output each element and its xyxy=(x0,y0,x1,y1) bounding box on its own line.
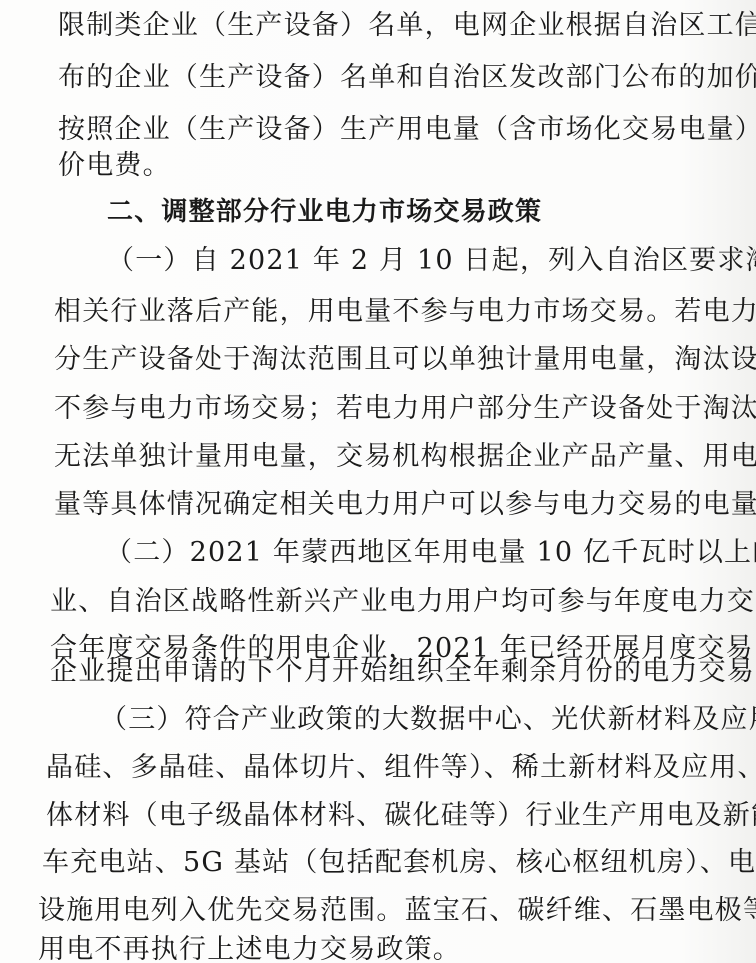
paragraph-start: （二）2021 年蒙西地区年用电量 10 亿千瓦时以上的用电企 xyxy=(105,537,756,569)
text-line: 分生产设备处于淘汰范围且可以单独计量用电量，淘汰设备电量 xyxy=(54,344,756,376)
text-line: 用电不再执行上述电力交易政策。 xyxy=(38,934,461,963)
text-line: 布的企业（生产设备）名单和自治区发改部门公布的加价标准， xyxy=(58,62,756,94)
text-line: 相关行业落后产能，用电量不参与电力市场交易。若电力用户部 xyxy=(54,296,756,328)
paragraph-start: （一）自 2021 年 2 月 10 日起，列入自治区要求淘汰范围的 xyxy=(107,245,756,277)
text-line: 量等具体情况确定相关电力用户可以参与电力交易的电量比例。 xyxy=(54,489,756,521)
text-line: 车充电站、5G 基站（包括配套机房、核心枢纽机房）、电供热等 xyxy=(42,847,756,879)
document-page: 限制类企业（生产设备）名单，电网企业根据自治区工信部门公 布的企业（生产设备）名… xyxy=(0,0,756,963)
text-line: 业、自治区战略性新兴产业电力用户均可参与年度电力交易。符 xyxy=(50,586,756,618)
text-line: 晶硅、多晶硅、晶体切片、组件等）、稀土新材料及应用、半导 xyxy=(46,752,756,784)
text-line: 不参与电力市场交易；若电力用户部分生产设备处于淘汰范围但 xyxy=(54,393,756,425)
text-line: 无法单独计量用电量，交易机构根据企业产品产量、用电设备容 xyxy=(54,441,756,473)
text-line: 按照企业（生产设备）生产用电量（含市场化交易电量）收取加 xyxy=(58,114,756,146)
section-heading: 二、调整部分行业电力市场交易政策 xyxy=(107,196,542,228)
paragraph-start: （三）符合产业政策的大数据中心、光伏新材料及应用（单 xyxy=(100,704,756,736)
text-line: 企业提出申请的下个月开始组织全年剩余月份的电力交易。 xyxy=(50,656,756,688)
text-line: 限制类企业（生产设备）名单，电网企业根据自治区工信部门公 xyxy=(58,10,756,42)
text-line: 价电费。 xyxy=(58,150,171,182)
text-line: 体材料（电子级晶体材料、碳化硅等）行业生产用电及新能源汽 xyxy=(46,800,756,832)
text-line: 设施用电列入优先交易范围。蓝宝石、碳纤维、石墨电极等行业 xyxy=(38,895,756,927)
